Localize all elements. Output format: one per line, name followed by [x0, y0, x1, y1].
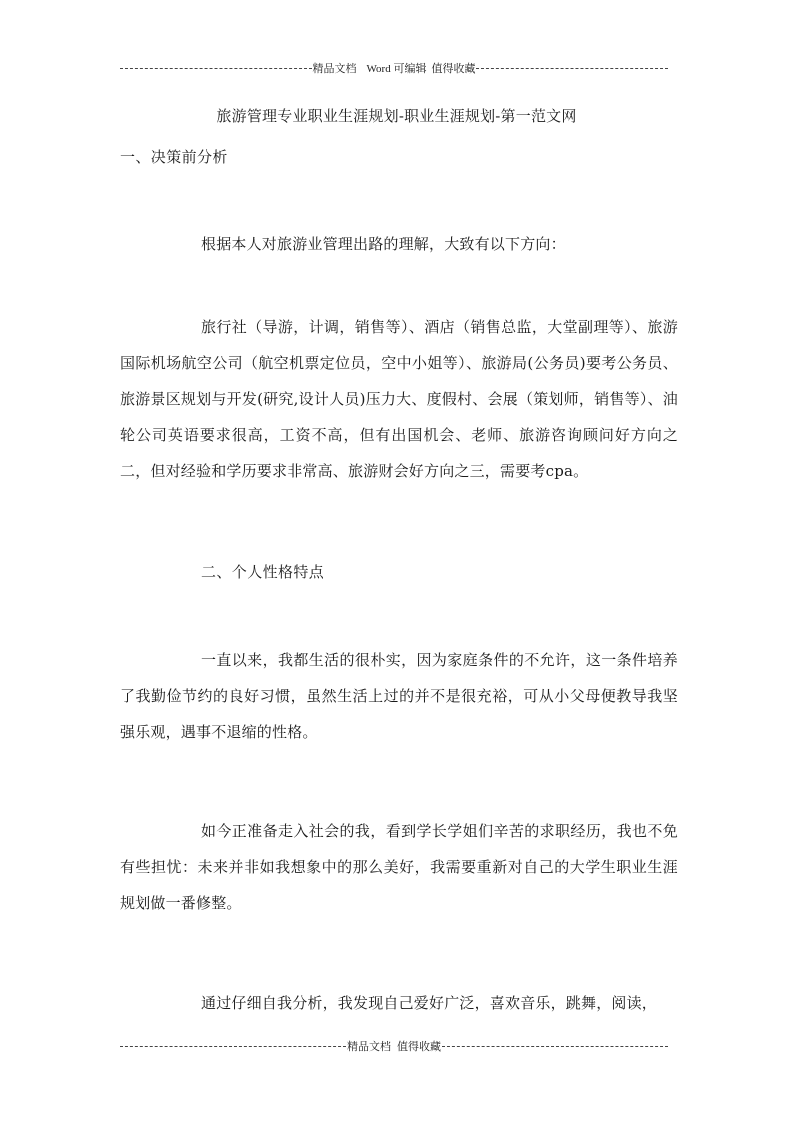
section-heading-personality: 二、个人性格特点: [201, 561, 324, 582]
header-label-left: 精品文档: [312, 60, 358, 76]
paragraph-upbringing: 一直以来，我都生活的很朴实，因为家庭条件的不允许，这一条件培养了我勤俭节约的良好…: [120, 642, 678, 750]
document-title: 旅游管理专业职业生涯规划-职业生涯规划-第一范文网: [0, 105, 793, 126]
paragraph-self-analysis: 通过仔细自我分析，我发现自己爱好广泛，喜欢音乐，跳舞，阅读，: [120, 985, 678, 1021]
paragraph-text: 通过仔细自我分析，我发现自己爱好广泛，喜欢音乐，跳舞，阅读，: [120, 985, 678, 1021]
paragraph-text: 一直以来，我都生活的很朴实，因为家庭条件的不允许，这一条件培养了我勤俭节约的良好…: [120, 642, 678, 750]
page-header: 精品文档 Word 可编辑 值得收藏: [120, 61, 668, 75]
page-footer: 精品文档 值得收藏: [120, 1039, 668, 1053]
header-dashed-rule-right: [476, 68, 668, 69]
header-dashed-rule-left: [120, 68, 312, 69]
paragraph-text: 如今正准备走入社会的我，看到学长学姐们辛苦的求职经历，我也不免有些担忧：未来并非…: [120, 813, 678, 921]
footer-dashed-rule-left: [120, 1046, 346, 1047]
paragraph-directions-intro: 根据本人对旅游业管理出路的理解，大致有以下方向：: [120, 226, 678, 262]
footer-label-right: 值得收藏: [396, 1038, 442, 1054]
paragraph-concerns: 如今正准备走入社会的我，看到学长学姐们辛苦的求职经历，我也不免有些担忧：未来并非…: [120, 813, 678, 921]
footer-label-left: 精品文档: [346, 1038, 392, 1054]
paragraph-career-options: 旅行社（导游，计调，销售等）、酒店（销售总监，大堂副理等）、旅游国际机场航空公司…: [120, 309, 678, 489]
footer-dashed-rule-right: [442, 1046, 668, 1047]
paragraph-text: 旅行社（导游，计调，销售等）、酒店（销售总监，大堂副理等）、旅游国际机场航空公司…: [120, 309, 678, 489]
section-heading-decision-analysis: 一、决策前分析: [120, 146, 228, 167]
header-label-word: Word 可编辑: [366, 60, 428, 76]
paragraph-text: 根据本人对旅游业管理出路的理解，大致有以下方向：: [120, 226, 678, 262]
header-label-right: 值得收藏: [430, 60, 476, 76]
